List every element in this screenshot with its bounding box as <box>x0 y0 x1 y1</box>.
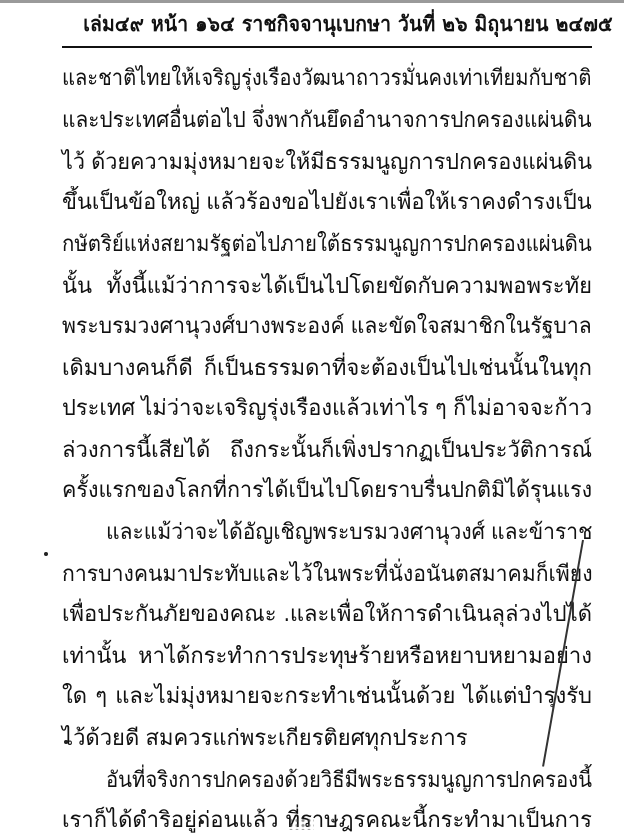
text-line: เท่านั้น หาได้กระทำการประทุษร้ายหรือหยาบ… <box>62 642 592 672</box>
scan-noise <box>288 818 314 830</box>
scan-top-border <box>0 0 624 3</box>
text-line: ครั้งแรกของโลกที่การได้เป็นไปโดยราบรื่นป… <box>62 476 580 506</box>
text-line: และประเทศอื่นต่อไป จึ่งพากันยึดอำนาจการป… <box>62 106 564 136</box>
gazette-header: เล่ม๔๙ หน้า ๑๖๔ ราชกิจจานุเบกษา วันที่ ๒… <box>83 8 571 41</box>
paragraph-start-line: และแม้ว่าจะได้อัญเชิญพระบรมวงศานุวงศ์ แล… <box>106 518 571 548</box>
paragraph-start-line: อันที่จริงการปกครองด้วยวิธีมีพระธรรมนูญก… <box>106 766 554 796</box>
text-line: ใด ๆ และไม่มุ่งหมายจะกระทำเช่นนั้นด้วย ไ… <box>62 682 592 712</box>
text-line: และชาติไทยให้เจริญรุ่งเรืองวัฒนาถาวรมั่น… <box>62 64 547 94</box>
text-line: ล่วงการนี้เสียได้ ถึงกระนั้นก็เพิ่งปรากฏ… <box>62 436 592 466</box>
text-line: พระบรมวงศานุวงศ์บางพระองค์ และขัดใจสมาชิ… <box>62 312 572 342</box>
text-line: เพื่อประกันภัยของคณะ .และเพื่อให้การดำเน… <box>62 600 592 630</box>
text-line: เดิมบางคนก็ดี ก็เป็นธรรมดาที่จะต้องเป็นไ… <box>62 354 592 384</box>
scan-speck <box>44 552 48 556</box>
header-divider <box>62 46 592 48</box>
text-line: การบางคนมาประทับและไว้ในพระที่นั่งอนันตส… <box>62 560 573 590</box>
scan-speck <box>200 820 204 824</box>
paragraph-end-line: ไว้ด้วยดี สมควรแก่พระเกียรติยศทุกประการ <box>62 724 592 754</box>
text-line: ขึ้นเป็นข้อใหญ่ แล้วร้องขอไปยังเราเพื่อใ… <box>62 188 589 218</box>
text-line: กษัตริย์แห่งสยามรัฐต่อไปภายใต้ธรรมนูญการ… <box>62 230 552 260</box>
text-line: ประเทศ ไม่ว่าจะเจริญรุ่งเรืองแล้วเท่าไร … <box>62 394 589 424</box>
text-line: ไว้ ด้วยความมุ่งหมายจะให้มีธรรมนูญการปกค… <box>62 148 583 178</box>
text-line: เราก็ได้ดำริอยู่ก่อนแล้ว ที่ราษฎรคณะนี้ก… <box>62 806 592 836</box>
text-line: นั้น ทั้งนี้แม้ว่าการจะได้เป็นไปโดยขัดกั… <box>62 272 592 302</box>
scan-speck <box>64 740 68 744</box>
